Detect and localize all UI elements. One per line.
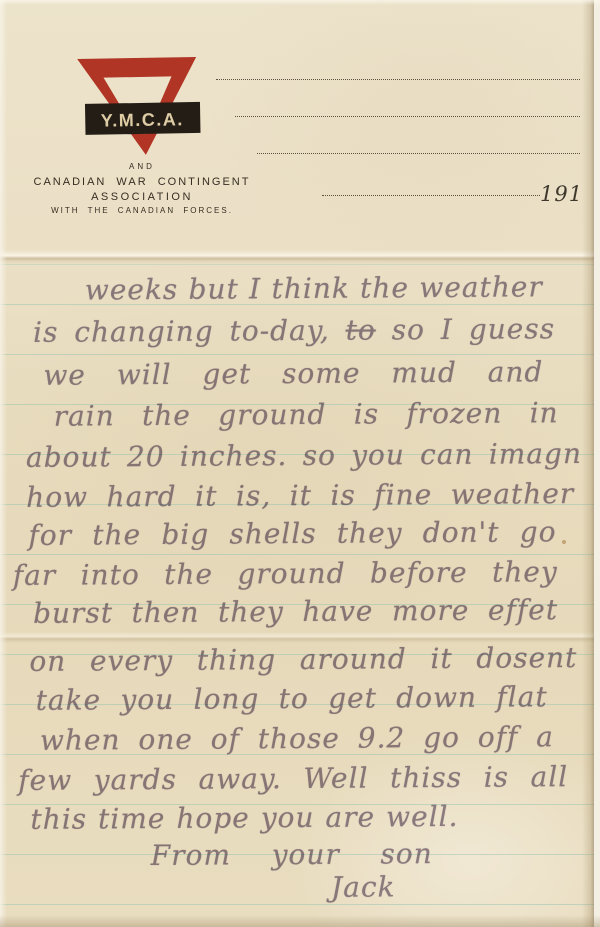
paper-right-edge-shadow <box>582 0 594 927</box>
handwriting-line-5: about 20 inches. so you can imagn <box>26 439 582 474</box>
paper-bottom-edge <box>0 915 600 927</box>
handwriting-line-14: this time hope you are well. <box>30 802 458 836</box>
closing-line: From your son <box>151 839 433 872</box>
handwriting-line-9: burst then they have more effet <box>33 595 558 629</box>
line2-pre: is changing to-day, <box>33 314 346 349</box>
handwriting-layer: weeks but I think the weather is changin… <box>0 0 600 927</box>
handwriting-line-3: we will get some mud and <box>43 357 543 391</box>
handwriting-line-13: few yards away. Well thiss is all <box>18 762 568 797</box>
paper-top-edge <box>0 0 600 5</box>
signature-name: Jack <box>331 872 481 904</box>
scan-right-edge <box>594 0 600 927</box>
handwriting-line-8: far into the ground before they <box>13 557 558 592</box>
handwriting-line-11: take you long to get down flat <box>36 682 548 716</box>
handwriting-line-7: for the big shells they don't go <box>28 517 556 551</box>
handwriting-line-4: rain the ground is frozen in <box>54 398 559 432</box>
handwriting-line-2: is changing to-day, to so I guess <box>33 314 555 348</box>
line2-post: so I guess <box>376 312 556 346</box>
handwriting-line-12: when one of those 9.2 go off a <box>40 722 554 756</box>
letter-scan-page: Y.M.C.A. AND CANADIAN WAR CONTINGENT ASS… <box>0 0 600 927</box>
handwriting-line-6: how hard it is, it is fine weather <box>26 479 574 514</box>
paper-left-edge <box>0 0 7 927</box>
line2-struck-word: to <box>346 313 376 346</box>
handwriting-line-10: on every thing around it dosent <box>29 643 577 678</box>
ink-spot <box>562 540 566 544</box>
handwriting-line-1: weeks but I think the weather <box>85 272 543 306</box>
